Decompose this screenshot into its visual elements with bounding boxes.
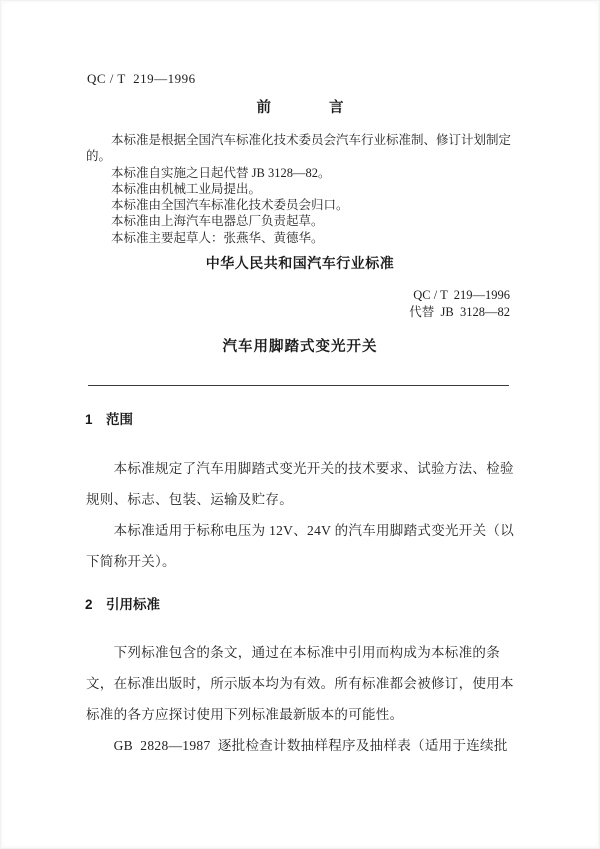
- text-line: 下简称开关）。: [86, 546, 512, 577]
- text-line: 本标准是根据全国汽车标准化技术委员会汽车行业标准制、修订计划制定: [86, 132, 512, 148]
- section-2-heading: 2 引用标准: [85, 595, 160, 615]
- text-line: 规则、标志、包装、运输及贮存。: [86, 484, 512, 515]
- standard-code-header: QC / T 219—1996: [87, 71, 196, 87]
- section-1-heading: 1 范围: [85, 410, 133, 430]
- text-line: GB 2828—1987 逐批检查计数抽样程序及抽样表（适用于连续批: [86, 730, 512, 761]
- text-line: 本标准规定了汽车用脚踏式变光开关的技术要求、试验方法、检验: [86, 453, 512, 484]
- text-line: 下列标准包含的条文，通过在本标准中引用而构成为本标准的条: [86, 637, 512, 668]
- text-line: 本标准由全国汽车标准化技术委员会归口。: [86, 197, 512, 213]
- document-page: QC / T 219—1996 前 言 本标准是根据全国汽车标准化技术委员会汽车…: [0, 0, 600, 849]
- standard-code-block: QC / T 219—1996 代替 JB 3128—82: [409, 287, 510, 320]
- horizontal-rule: [88, 385, 509, 386]
- text-line: 本标准由上海汽车电器总厂负责起草。: [86, 213, 512, 229]
- foreword-title: 前 言: [0, 99, 600, 117]
- text-line: 本标准适用于标称电压为 12V、24V 的汽车用脚踏式变光开关（以: [86, 515, 512, 546]
- text-line: 标准的各方应探讨使用下列标准最新版本的可能性。: [86, 699, 512, 730]
- text-line: 文，在标准出版时，所示版本均为有效。所有标准都会被修订，使用本: [86, 668, 512, 699]
- document-title: 汽车用脚踏式变光开关: [0, 338, 600, 356]
- text-line: 本标准主要起草人：张燕华、黄德华。: [86, 230, 512, 246]
- text-line: 本标准由机械工业局提出。: [86, 181, 512, 197]
- replaced-standard: 代替 JB 3128—82: [409, 304, 510, 321]
- text-line: 的。: [86, 148, 512, 164]
- standard-org-title: 中华人民共和国汽车行业标准: [0, 254, 600, 272]
- section-2-body: 下列标准包含的条文，通过在本标准中引用而构成为本标准的条文，在标准出版时，所示版…: [86, 637, 512, 761]
- standard-code: QC / T 219—1996: [409, 287, 510, 304]
- foreword-paragraphs: 本标准是根据全国汽车标准化技术委员会汽车行业标准制、修订计划制定的。 本标准自实…: [86, 132, 512, 246]
- section-1-body: 本标准规定了汽车用脚踏式变光开关的技术要求、试验方法、检验规则、标志、包装、运输…: [86, 453, 512, 577]
- text-line: 本标准自实施之日起代替 JB 3128—82。: [86, 165, 512, 181]
